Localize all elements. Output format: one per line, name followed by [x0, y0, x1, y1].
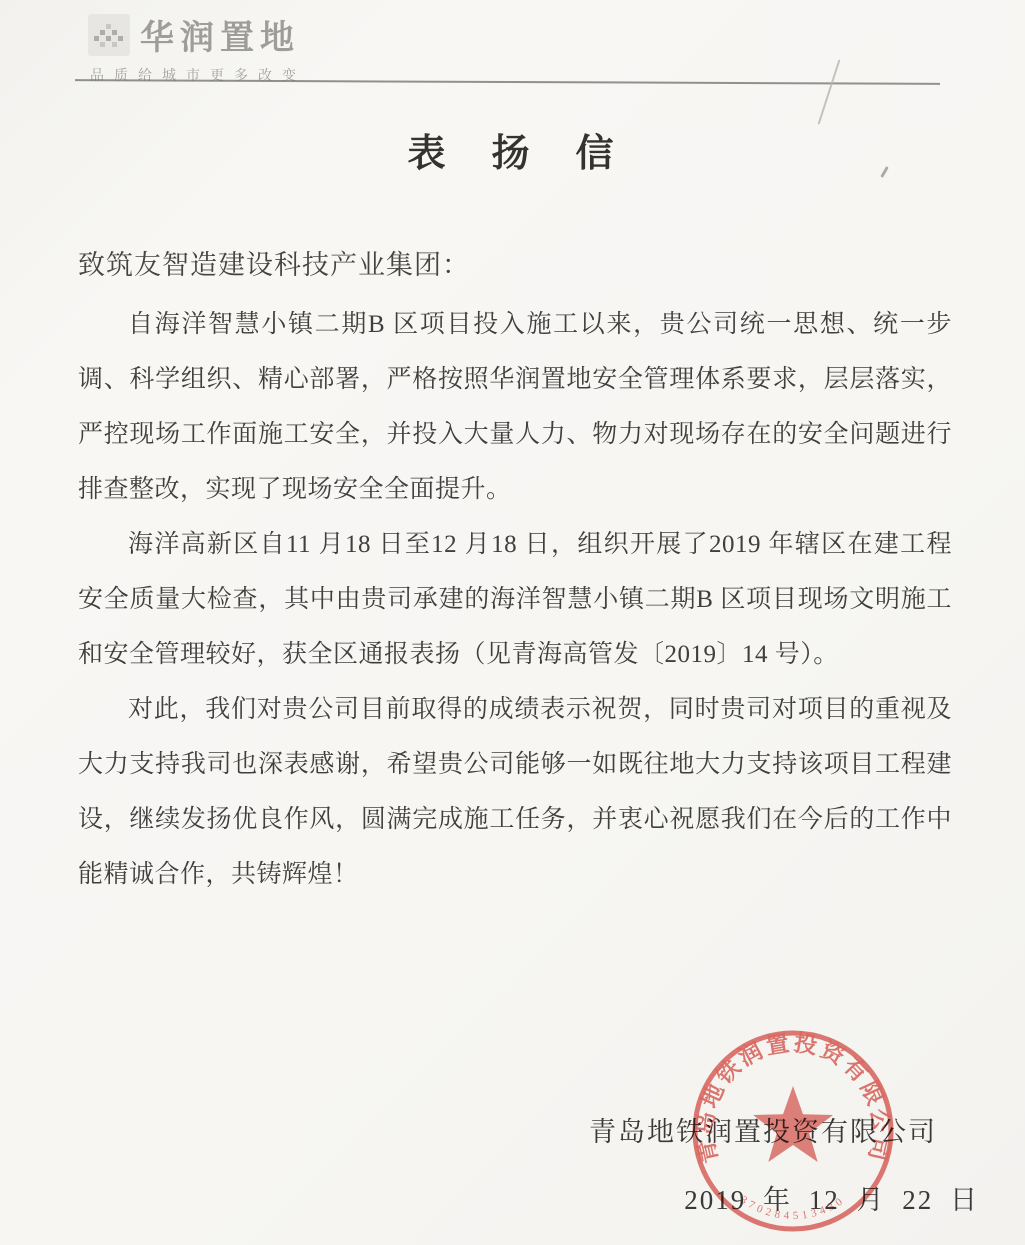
- scanned-letter-page: 华润置地 品质给城市更多改变 表 扬 信 致筑友智造建设科技产业集团： 自海洋智…: [0, 0, 1025, 1245]
- signature-date: 2019 年 12 月 22 日: [684, 1178, 979, 1217]
- letter-paragraph: 海洋高新区自11 月18 日至12 月18 日，组织开展了2019 年辖区在建工…: [78, 517, 952, 682]
- letter-title: 表 扬 信: [0, 122, 1025, 177]
- letter-salutation: 致筑友智造建设科技产业集团：: [78, 243, 470, 282]
- logo-wordmark: 华润置地: [140, 10, 300, 59]
- cr-land-logo-icon: [88, 14, 130, 56]
- logo-tagline: 品质给城市更多改变: [90, 65, 306, 85]
- letter-paragraph: 对此，我们对贵公司目前取得的成绩表示祝贺，同时贵司对项目的重视及大力支持我司也深…: [78, 682, 952, 902]
- letter-body: 自海洋智慧小镇二期B 区项目投入施工以来，贵公司统一思想、统一步调、科学组织、精…: [78, 297, 952, 902]
- letter-paragraph: 自海洋智慧小镇二期B 区项目投入施工以来，贵公司统一思想、统一步调、科学组织、精…: [78, 297, 952, 517]
- company-logo: 华润置地 品质给城市更多改变: [88, 10, 306, 85]
- signature-company-name: 青岛地铁润置投资有限公司: [589, 1110, 937, 1149]
- scan-scratch-artifact: [818, 59, 841, 124]
